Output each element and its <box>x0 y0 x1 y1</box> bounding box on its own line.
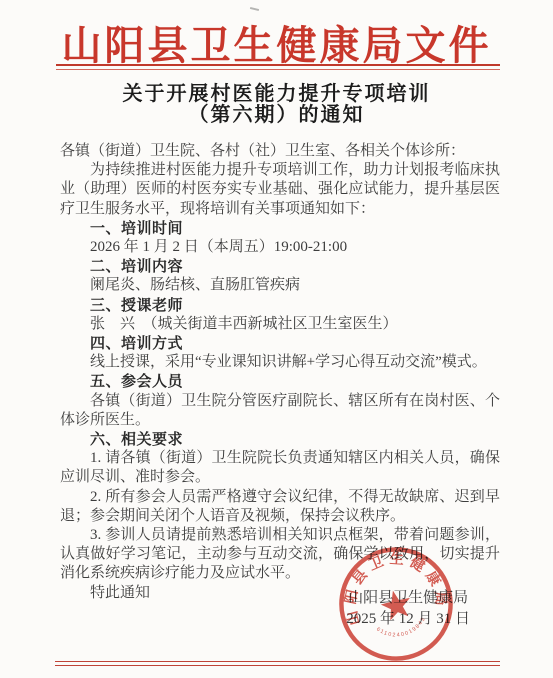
document-page: 山阳县卫生健康局文件 关于开展村医能力提升专项培训 （第六期）的通知 各镇（街道… <box>0 0 553 678</box>
scan-artifact-mark <box>250 7 259 11</box>
signature-date: 2025 年 12 月 31 日 <box>346 609 470 630</box>
section-2-heading: 二、培训内容 <box>60 257 500 276</box>
document-body: 各镇（街道）卫生院、各村（社）卫生室、各相关个体诊所： 为持续推进村医能力提升专… <box>60 142 500 603</box>
section-3-content: 张 兴 （城关街道丰西新城社区卫生室医生） <box>60 315 500 334</box>
requirement-item-3: 3. 参训人员请提前熟悉培训相关知识点框架，带着问题参训，认真做好学习笔记，主动… <box>60 526 500 584</box>
intro-paragraph: 为持续推进村医能力提升专项培训工作，助力计划报考临床执业（助理）医师的村医夯实专… <box>60 161 500 219</box>
section-2-content: 阑尾炎、肠结核、直肠肛管疾病 <box>60 276 500 295</box>
agency-masthead: 山阳县卫生健康局文件 <box>0 14 553 71</box>
section-4-content: 线上授课，采用“专业课知识讲解+学习心得互动交流”模式。 <box>60 353 500 372</box>
salutation: 各镇（街道）卫生院、各村（社）卫生室、各相关个体诊所： <box>60 142 500 161</box>
section-5-heading: 五、参会人员 <box>60 372 500 391</box>
section-6-heading: 六、相关要求 <box>60 430 500 449</box>
section-4-heading: 四、培训方式 <box>60 334 500 353</box>
requirement-item-1: 1. 请各镇（街道）卫生院院长负责通知辖区内相关人员，确保应训尽训、准时参会。 <box>60 449 500 487</box>
section-5-content: 各镇（街道）卫生院分管医疗副院长、辖区所有在岗村医、个体诊所医生。 <box>60 392 500 430</box>
masthead-rule <box>56 64 500 70</box>
signature-block: 山阳县卫生健康局 2025 年 12 月 31 日 <box>346 588 470 629</box>
requirement-item-2: 2. 所有参会人员需严格遵守会议纪律，不得无故缺席、迟到早退；参会期间关闭个人语… <box>60 488 500 526</box>
document-title: 关于开展村医能力提升专项培训 （第六期）的通知 <box>0 84 553 126</box>
footer-rule <box>55 661 500 666</box>
document-title-line2: （第六期）的通知 <box>0 105 553 126</box>
section-1-content: 2026 年 1 月 2 日（本周五）19:00-21:00 <box>60 238 500 257</box>
signature-agency: 山阳县卫生健康局 <box>346 588 470 609</box>
document-title-line1: 关于开展村医能力提升专项培训 <box>0 84 553 105</box>
section-1-heading: 一、培训时间 <box>60 219 500 238</box>
section-3-heading: 三、授课老师 <box>60 296 500 315</box>
